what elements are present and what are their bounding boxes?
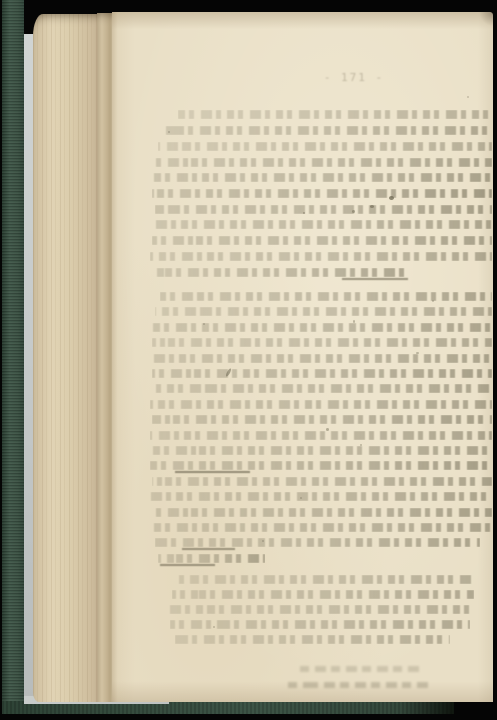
typed-text-layer: - 171 -	[0, 0, 497, 720]
typed-text-line	[150, 523, 492, 532]
typed-text-line	[152, 477, 492, 486]
handwritten-mark	[300, 666, 420, 672]
typed-text-line	[155, 384, 492, 393]
ink-speck	[326, 428, 329, 431]
ink-speck	[352, 210, 355, 213]
typed-text-line	[155, 205, 492, 214]
typed-text-line	[150, 461, 492, 470]
typed-text-line	[175, 635, 450, 644]
typed-underline	[175, 471, 250, 473]
ink-speck	[467, 96, 469, 98]
typed-text-line	[150, 220, 492, 229]
ink-speck	[360, 444, 362, 446]
typed-text-line	[155, 307, 492, 316]
typed-text-line	[150, 492, 492, 501]
typed-text-line	[168, 605, 474, 614]
ink-speck	[203, 323, 205, 325]
typed-text-line	[152, 415, 492, 424]
ink-speck	[389, 196, 394, 200]
typed-text-line	[150, 400, 492, 409]
typed-text-line	[152, 189, 492, 198]
typed-text-line	[155, 538, 480, 547]
ink-speck	[303, 212, 305, 214]
typed-underline	[182, 548, 235, 550]
ink-speck	[213, 626, 215, 628]
ink-speck	[168, 131, 170, 133]
typed-text-line	[150, 323, 492, 332]
typed-text-line	[172, 590, 474, 599]
typed-text-line	[170, 620, 470, 629]
typed-text-line	[152, 158, 492, 167]
typed-text-line	[178, 110, 492, 119]
typed-text-line	[178, 575, 474, 584]
typed-text-line	[152, 508, 492, 517]
scanned-book-photo: - 171 -	[0, 0, 497, 720]
handwritten-mark	[288, 682, 433, 688]
typed-underline	[342, 278, 408, 280]
typed-text-line	[150, 431, 492, 440]
page-number: - 171 -	[322, 71, 386, 84]
typed-text-line	[160, 292, 492, 301]
typed-text-line	[158, 554, 265, 563]
typed-text-line	[152, 338, 492, 347]
typed-text-line	[150, 354, 492, 363]
ink-speck	[432, 300, 434, 302]
typed-text-line	[164, 126, 492, 135]
ink-speck	[370, 205, 374, 208]
ink-speck	[353, 320, 355, 323]
typed-underline	[160, 564, 215, 566]
typed-text-line	[150, 252, 492, 261]
ink-speck	[262, 540, 264, 542]
ink-speck	[300, 497, 302, 499]
typed-text-line	[152, 236, 492, 245]
typed-text-line	[152, 369, 492, 378]
ink-speck	[416, 352, 419, 354]
typed-text-line	[158, 142, 492, 151]
typed-text-line	[155, 268, 408, 277]
typed-text-line	[152, 446, 492, 455]
typed-text-line	[150, 173, 492, 182]
